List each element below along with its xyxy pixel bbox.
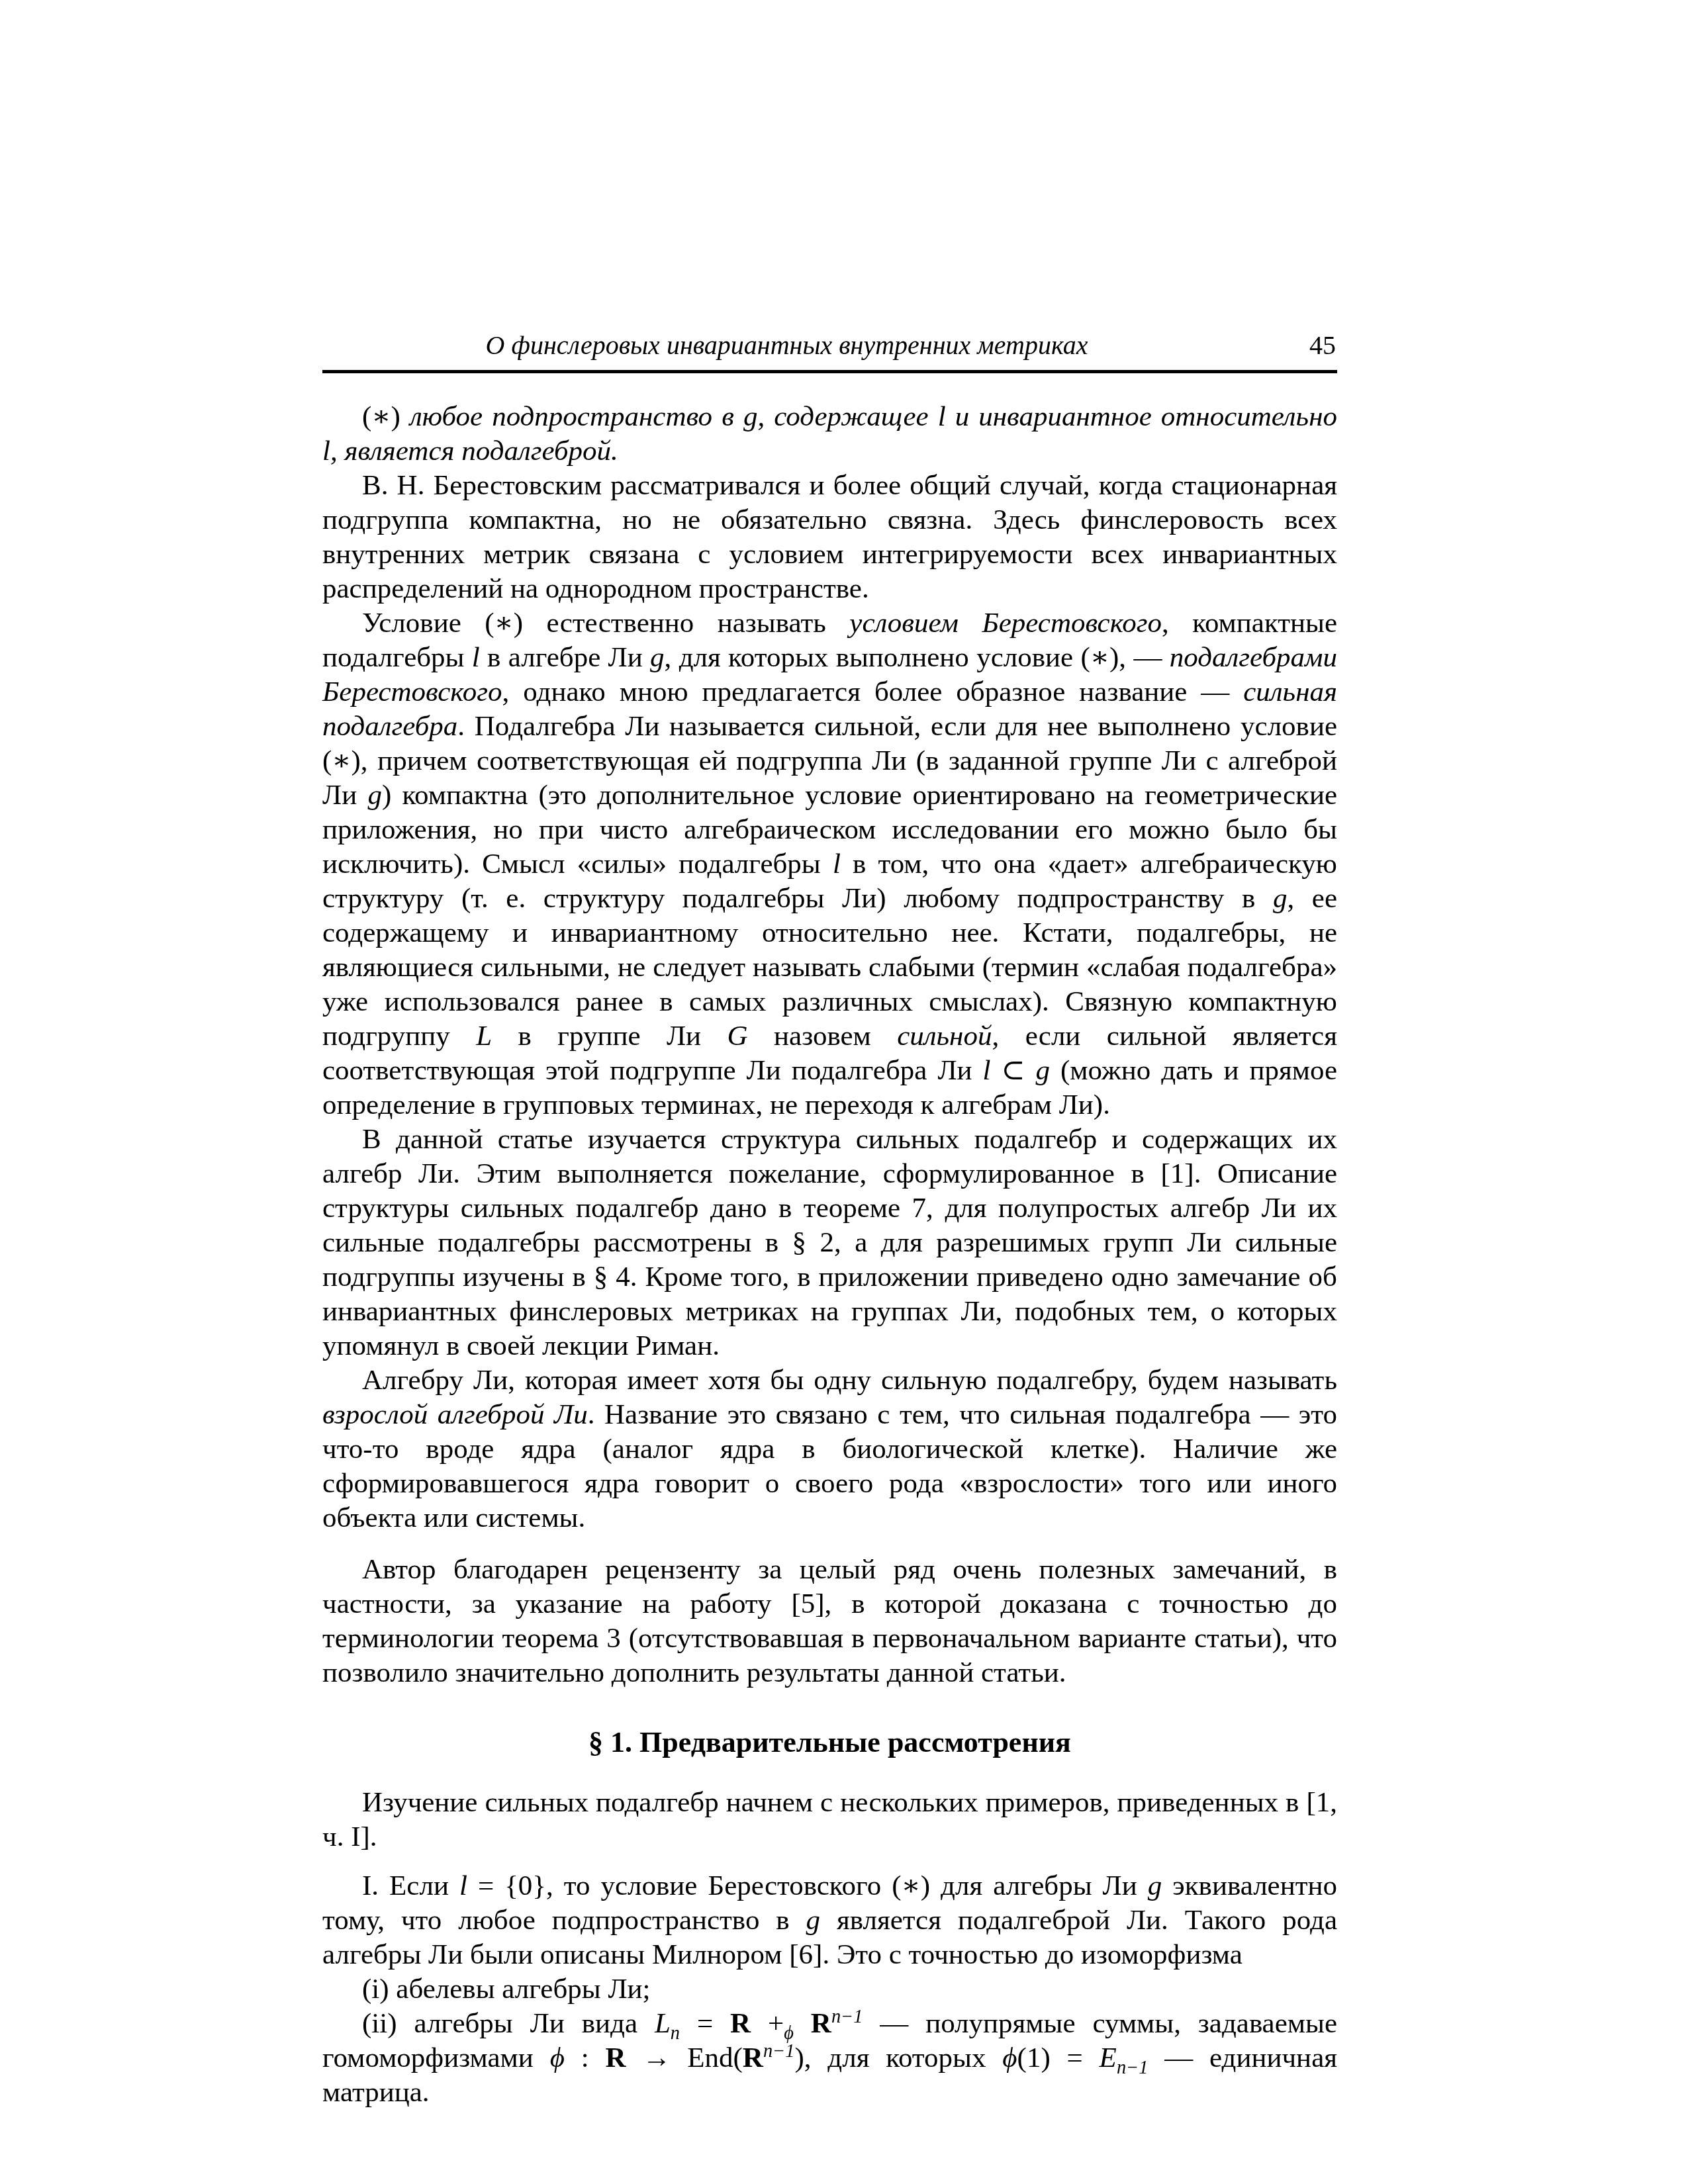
text-segment: (i) абелевы алгебры Ли;: [362, 1974, 651, 2005]
text-segment: Автор благодарен рецензенту за целый ряд…: [322, 1554, 1337, 1688]
text-segment: Условие (∗) естественно называть: [362, 608, 849, 639]
text-segment: I. Если: [362, 1870, 459, 1901]
text-segment: L: [655, 2008, 671, 2039]
text-segment: ⊂: [991, 1055, 1036, 1086]
text-segment: R: [606, 2042, 626, 2073]
text-segment: g: [1036, 1055, 1051, 1086]
text-segment: сильной: [897, 1021, 992, 1052]
text-segment: (ii) алгебры Ли вида: [362, 2008, 655, 2039]
scanned-paper-page: О финслеровых инвариантных внутренних ме…: [0, 0, 1688, 2184]
text-segment: В. Н. Берестовским рассматривался и боле…: [322, 470, 1337, 604]
text-segment: [794, 2008, 811, 2039]
text-segment: ), для которых: [794, 2042, 1002, 2073]
text-segment: n−1: [1117, 2058, 1149, 2078]
text-segment: условием Берестовского: [849, 608, 1162, 639]
text-segment: g: [1148, 1870, 1162, 1901]
text-segment: взрослой алгеброй Ли: [322, 1399, 588, 1430]
list-item-ii: (ii) алгебры Ли вида Ln = R +ϕ Rn−1 — по…: [322, 2007, 1337, 2110]
paragraph-strong-subalgebra-definition: Условие (∗) естественно называть условие…: [322, 606, 1337, 1122]
section-1-heading: § 1. Предварительные рассмотрения: [322, 1725, 1337, 1760]
paragraph-condition-star: (∗) любое подпространство в g, содержаще…: [322, 400, 1337, 469]
paragraph-adult-lie-algebra: Алгебру Ли, которая имеет хотя бы одну с…: [322, 1363, 1337, 1535]
text-segment: n−1: [831, 2007, 863, 2027]
text-segment: любое подпространство в g, содержащее l …: [322, 401, 1337, 467]
paragraph-example-I: I. Если l = {0}, то условие Берестовског…: [322, 1869, 1337, 1972]
text-segment: L: [476, 1021, 492, 1052]
text-segment: g: [367, 780, 382, 811]
text-segment: R: [743, 2042, 763, 2073]
paragraph-acknowledgement: Автор благодарен рецензенту за целый ряд…: [322, 1553, 1337, 1690]
running-head: О финслеровых инвариантных внутренних ме…: [322, 330, 1337, 361]
text-segment: l: [833, 848, 841, 880]
text-segment: =: [680, 2008, 730, 2039]
text-segment: в алгебре Ли: [480, 642, 650, 673]
text-segment: g: [1273, 883, 1288, 914]
text-segment: G: [727, 1021, 748, 1052]
text-segment: l: [472, 642, 480, 673]
text-segment: , для которых выполнено условие (∗), —: [665, 642, 1170, 673]
paragraph-examples-intro: Изучение сильных подалгебр начнем с неск…: [322, 1786, 1337, 1854]
header-rule: [322, 370, 1337, 373]
running-head-title: О финслеровых инвариантных внутренних ме…: [486, 330, 1174, 361]
text-segment: n: [671, 2023, 680, 2044]
text-segment: Изучение сильных подалгебр начнем с неск…: [322, 1787, 1337, 1852]
text-segment: (∗): [362, 401, 410, 432]
text-segment: ϕ: [1002, 2042, 1017, 2073]
text-segment: = {0}, то условие Берестовского (∗) для …: [467, 1870, 1148, 1901]
text-segment: (1) =: [1017, 2042, 1100, 2073]
text-segment: назовем: [748, 1021, 898, 1052]
text-segment: → End(: [626, 2042, 743, 2073]
text-segment: l: [983, 1055, 991, 1086]
body-paragraphs: (∗) любое подпространство в g, содержаще…: [322, 400, 1337, 2110]
page-number: 45: [1309, 330, 1336, 361]
text-segment: :: [565, 2042, 606, 2073]
paragraph-article-overview: В данной статье изучается структура силь…: [322, 1122, 1337, 1363]
text-segment: в группе Ли: [492, 1021, 727, 1052]
text-segment: R: [730, 2008, 751, 2039]
text-segment: g: [650, 642, 665, 673]
paragraph-berestovsky-general-case: В. Н. Берестовским рассматривался и боле…: [322, 469, 1337, 606]
text-segment: В данной статье изучается структура силь…: [322, 1124, 1337, 1361]
text-segment: l: [459, 1870, 467, 1901]
page-content: О финслеровых инвариантных внутренних ме…: [322, 330, 1337, 2110]
text-segment: g: [806, 1905, 821, 1936]
text-segment: E: [1100, 2042, 1117, 2073]
text-segment: ϕ: [550, 2042, 565, 2073]
list-item-i: (i) абелевы алгебры Ли;: [322, 1972, 1337, 2007]
text-segment: +: [751, 2008, 784, 2039]
text-segment: R: [811, 2008, 831, 2039]
text-segment: , однако мною предлагается более образно…: [502, 676, 1244, 707]
text-segment: Алгебру Ли, которая имеет хотя бы одну с…: [362, 1365, 1337, 1396]
text-segment: n−1: [763, 2041, 795, 2062]
